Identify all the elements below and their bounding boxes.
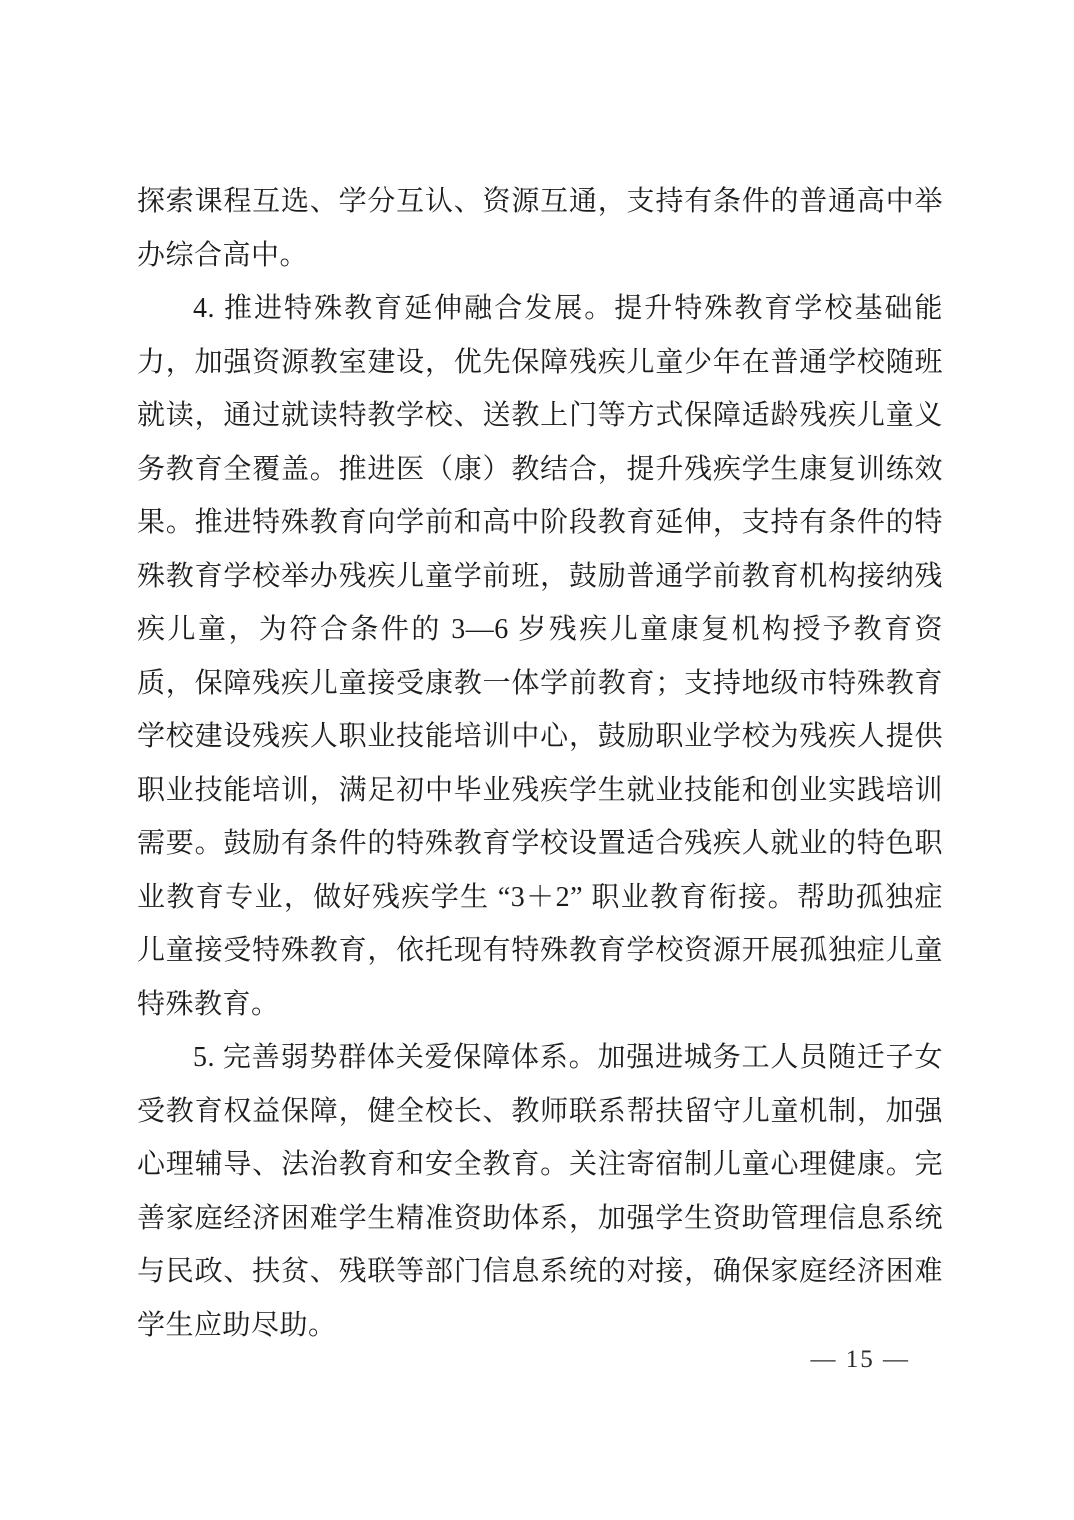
document-page: 探索课程互选、学分互认、资源互通，支持有条件的普通高中举办综合高中。 4. 推进… [0,0,1074,1520]
page-number: — 15 — [811,1346,911,1374]
paragraph-item-4: 4. 推进特殊教育延伸融合发展。提升特殊教育学校基础能力，加强资源教室建设，优先… [137,282,943,1031]
paragraph-continuation: 探索课程互选、学分互认、资源互通，支持有条件的普通高中举办综合高中。 [137,175,943,282]
document-body: 探索课程互选、学分互认、资源互通，支持有条件的普通高中举办综合高中。 4. 推进… [137,175,943,1352]
paragraph-item-5: 5. 完善弱势群体关爱保障体系。加强进城务工人员随迁子女受教育权益保障，健全校长… [137,1031,943,1352]
